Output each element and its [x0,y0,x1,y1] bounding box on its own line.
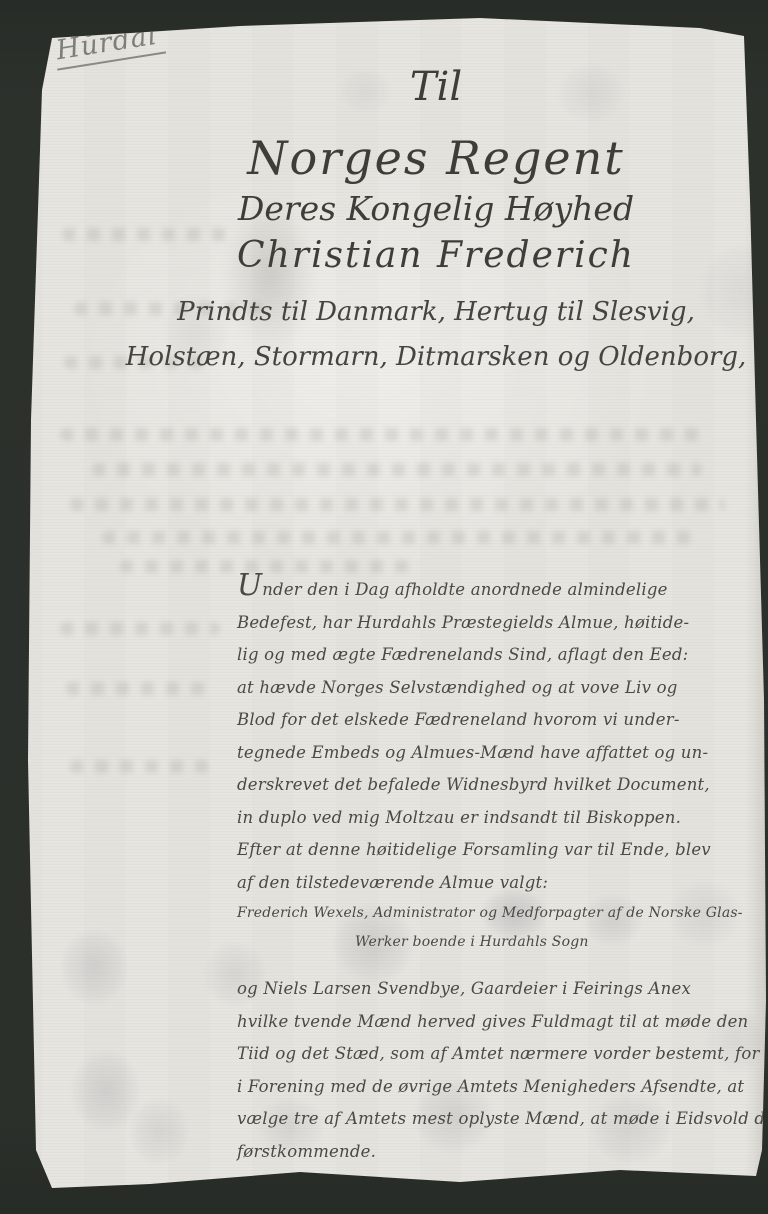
manuscript-line: Bedefest, har Hurdahls Præstegields Almu… [237,607,768,640]
manuscript-line: Werker boende i Hurdahls Sogn [237,928,768,957]
bleedthrough-line [60,622,220,635]
manuscript-line: hvilke tvende Mænd herved gives Fuldmagt… [237,1006,768,1039]
heading-honorific: Deres Kongelig Høyhed [110,188,762,230]
manuscript-line: Blod for det elskede Fædreneland hvorom … [237,704,768,737]
heading-name: Christian Frederich [110,234,762,278]
manuscript-line: førstkommende. [237,1136,768,1169]
bleedthrough-line [66,682,216,695]
bleedthrough-line [92,463,702,476]
heading-title-line1: Prindts til Danmark, Hertug til Slesvig, [110,290,762,335]
scanned-manuscript-page: Hŭrdal Til Norges Regent Deres Kongelig … [0,0,768,1214]
manuscript-line: Frederich Wexels, Administrator og Medfo… [237,899,768,928]
bleedthrough-line [102,531,692,544]
heading-salutation: Til [110,62,762,112]
manuscript-line: lig og med ægte Fædrenelands Sind, aflag… [237,639,768,672]
manuscript-body: Under den i Dag afholdte anordnede almin… [237,570,768,1168]
manuscript-line: Tiid og det Stæd, som af Amtet nærmere v… [237,1038,768,1071]
manuscript-line: vælge tre af Amtets mest oplyste Mænd, a… [237,1103,768,1136]
manuscript-line: at hævde Norges Selvstændighed og at vov… [237,672,768,705]
manuscript-line: in duplo ved mig Moltzau er indsandt til… [237,802,768,835]
manuscript-line: tegnede Embeds og Almues-Mænd have affat… [237,737,768,770]
manuscript-line: og Niels Larsen Svendbye, Gaardeier i Fe… [237,973,768,1006]
manuscript-line: Under den i Dag afholdte anordnede almin… [237,570,768,607]
manuscript-line: af den tilstedeværende Almue valgt: [237,867,768,900]
paper-sheet: Hŭrdal Til Norges Regent Deres Kongelig … [0,0,768,1214]
heading-title-line2: Holstæn, Stormarn, Ditmarsken og Oldenbo… [110,335,762,380]
bleedthrough-line [70,498,725,511]
manuscript-line: derskrevet det befalede Widnesbyrd hvilk… [237,769,768,802]
manuscript-line: i Forening med de øvrige Amtets Menighed… [237,1071,768,1104]
heading-recipient: Norges Regent [110,130,762,186]
stain [48,915,140,1019]
manuscript-line: Efter at denne høitidelige Forsamling va… [237,834,768,867]
bleedthrough-line [70,760,210,773]
bleedthrough-line [60,428,700,441]
letter-heading: Til Norges Regent Deres Kongelig Høyhed … [110,62,762,380]
stain [118,1085,200,1177]
